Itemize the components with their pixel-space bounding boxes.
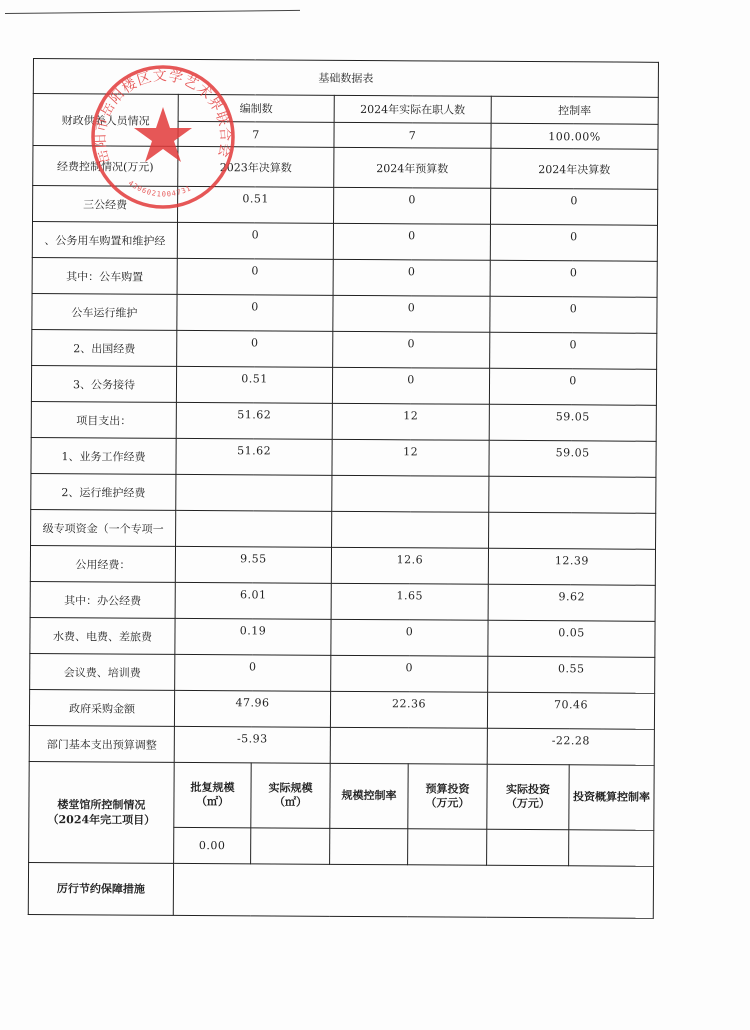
value-2023-final: 0 — [177, 222, 333, 259]
buildings-header-2: 规模控制率 — [330, 763, 408, 828]
value-2024-final: 59.05 — [489, 440, 656, 477]
value-2024-final: 0.55 — [488, 656, 655, 693]
value-2024-final: 70.46 — [487, 692, 654, 729]
value-2023-final: 51.62 — [176, 402, 332, 439]
row-label: 公车运行维护 — [32, 293, 177, 330]
value-2023-final: 0 — [177, 258, 333, 295]
value-2024-final: 0 — [490, 224, 657, 261]
staffing-rate-value: 100.00% — [491, 123, 658, 149]
table-row: 政府采购金额 47.96 22.36 70.46 — [29, 689, 654, 729]
savings-row: 厉行节约保障措施 — [28, 862, 653, 918]
table-row: 公用经费： 9.55 12.6 12.39 — [30, 545, 655, 585]
buildings-header-4: 实际投资（万元） — [487, 764, 569, 829]
row-label: 会议费、培训费 — [30, 653, 175, 690]
value-2024-final: 0 — [489, 368, 656, 405]
table-row: 3、公务接待 0.51 0 0 — [31, 365, 656, 405]
row-label: 部门基本支出预算调整 — [29, 725, 174, 762]
value-2023-final: 0.51 — [176, 366, 332, 403]
value-2023-final: 0 — [177, 330, 333, 367]
row-label: 其中：办公经费 — [30, 581, 175, 618]
funding-header-2023-final: 2023年决算数 — [178, 146, 334, 187]
staffing-label: 财政供养人员情况 — [33, 94, 178, 147]
value-2024-budget — [332, 475, 489, 512]
buildings-value-3 — [408, 829, 487, 865]
funding-header-2024-final: 2024年决算数 — [491, 148, 658, 189]
value-2024-budget — [332, 511, 489, 548]
basic-data-sheet: 基础数据表 财政供养人员情况 编制数 2024年实际在职人数 控制率 7 7 1… — [28, 58, 663, 919]
value-2024-final: 0 — [490, 296, 657, 333]
table-row: 三公经费 0.51 0 0 — [33, 186, 658, 226]
buildings-header-row: 楼堂馆所控制情况（2024年完工项目）批复规模（㎡）实际规模（㎡）规模控制率预算… — [29, 761, 654, 830]
value-2024-budget: 0 — [333, 187, 490, 224]
value-2024-final: -22.28 — [487, 728, 654, 765]
value-2024-budget: 0 — [331, 619, 488, 656]
staffing-header-quota: 编制数 — [178, 94, 334, 122]
value-2024-budget: 22.36 — [330, 691, 487, 728]
value-2024-budget: 0 — [333, 331, 490, 368]
value-2023-final: 0.19 — [175, 618, 331, 655]
buildings-header-0: 批复规模（㎡） — [174, 762, 251, 827]
value-2024-budget: 0 — [331, 655, 488, 692]
table-row: 公车运行维护 0 0 0 — [32, 293, 657, 333]
staffing-actual-value: 7 — [334, 122, 491, 148]
value-2024-final: 0 — [490, 188, 657, 225]
staffing-header-actual: 2024年实际在职人数 — [334, 95, 491, 123]
value-2023-final: 0 — [177, 294, 333, 331]
row-label: 3、公务接待 — [31, 365, 176, 402]
buildings-header-5: 投资概算控制率 — [569, 765, 654, 831]
value-2024-final: 0 — [490, 260, 657, 297]
value-2024-budget: 12 — [332, 439, 489, 476]
buildings-value-1 — [251, 828, 330, 864]
value-2024-budget — [330, 727, 487, 764]
value-2023-final: -5.93 — [174, 726, 330, 763]
row-label: 三公经费 — [33, 186, 178, 223]
buildings-label: 楼堂馆所控制情况（2024年完工项目） — [29, 761, 175, 863]
value-2024-budget: 0 — [333, 259, 490, 296]
buildings-value-4 — [487, 829, 569, 866]
value-2023-final: 0.51 — [177, 186, 333, 223]
value-2023-final: 6.01 — [175, 582, 331, 619]
value-2024-budget: 0 — [333, 223, 490, 260]
staffing-header-rate: 控制率 — [491, 96, 658, 124]
staffing-quota-value: 7 — [178, 121, 334, 147]
value-2024-budget: 1.65 — [331, 583, 488, 620]
value-2024-budget: 12 — [332, 403, 489, 440]
value-2024-budget: 12.6 — [331, 547, 488, 584]
funding-label: 经费控制情况(万元) — [33, 146, 178, 187]
value-2023-final: 51.62 — [176, 438, 332, 475]
row-label: 公用经费： — [30, 545, 175, 582]
table-row: 其中：办公经费 6.01 1.65 9.62 — [30, 581, 655, 621]
row-label: 、公务用车购置和维护经 — [32, 222, 177, 259]
value-2024-final: 59.05 — [489, 404, 656, 441]
value-2024-final: 0 — [490, 332, 657, 369]
table-row: 2、运行维护经费 — [31, 473, 656, 513]
table-row: 其中：公车购置 0 0 0 — [32, 257, 657, 297]
value-2024-final: 0.05 — [488, 620, 655, 657]
value-2024-budget: 0 — [333, 295, 490, 332]
table-title: 基础数据表 — [33, 59, 658, 98]
row-label: 项目支出： — [31, 401, 176, 438]
table-row: 项目支出： 51.62 12 59.05 — [31, 401, 656, 441]
value-2024-final: 12.39 — [488, 548, 655, 585]
row-label: 水费、电费、差旅费 — [30, 617, 175, 654]
buildings-value-0: 0.00 — [174, 827, 251, 863]
table-row: 、公务用车购置和维护经 0 0 0 — [32, 222, 657, 262]
value-2024-budget: 0 — [332, 367, 489, 404]
value-2024-final — [489, 476, 656, 513]
value-2023-final: 0 — [175, 654, 331, 691]
basic-data-table: 基础数据表 财政供养人员情况 编制数 2024年实际在职人数 控制率 7 7 1… — [28, 58, 659, 919]
buildings-header-1: 实际规模（㎡） — [251, 763, 330, 828]
row-label: 其中：公车购置 — [32, 257, 177, 294]
buildings-value-2 — [330, 828, 408, 864]
scan-edge-line — [5, 10, 300, 14]
value-2023-final: 47.96 — [174, 690, 330, 727]
row-label: 级专项资金（一个专项一 — [31, 509, 176, 546]
value-2024-final — [489, 512, 656, 549]
value-2023-final — [176, 474, 332, 511]
savings-label: 厉行节约保障措施 — [28, 862, 173, 915]
row-label: 1、业务工作经费 — [31, 437, 176, 474]
table-row: 水费、电费、差旅费 0.19 0 0.05 — [30, 617, 655, 657]
table-row: 2、出国经费 0 0 0 — [32, 329, 657, 369]
table-row: 1、业务工作经费 51.62 12 59.05 — [31, 437, 656, 477]
buildings-value-5 — [569, 830, 654, 867]
funding-header-2024-budget: 2024年预算数 — [334, 147, 491, 188]
savings-value — [173, 863, 653, 918]
row-label: 政府采购金额 — [29, 689, 174, 726]
table-row: 级专项资金（一个专项一 — [31, 509, 656, 549]
row-label: 2、出国经费 — [32, 329, 177, 366]
value-2023-final — [176, 510, 332, 547]
value-2023-final: 9.55 — [175, 546, 331, 583]
row-label: 2、运行维护经费 — [31, 473, 176, 510]
table-row: 部门基本支出预算调整 -5.93 -22.28 — [29, 725, 654, 765]
table-row: 会议费、培训费 0 0 0.55 — [30, 653, 655, 693]
value-2024-final: 9.62 — [488, 584, 655, 621]
buildings-header-3: 预算投资（万元） — [408, 764, 487, 829]
